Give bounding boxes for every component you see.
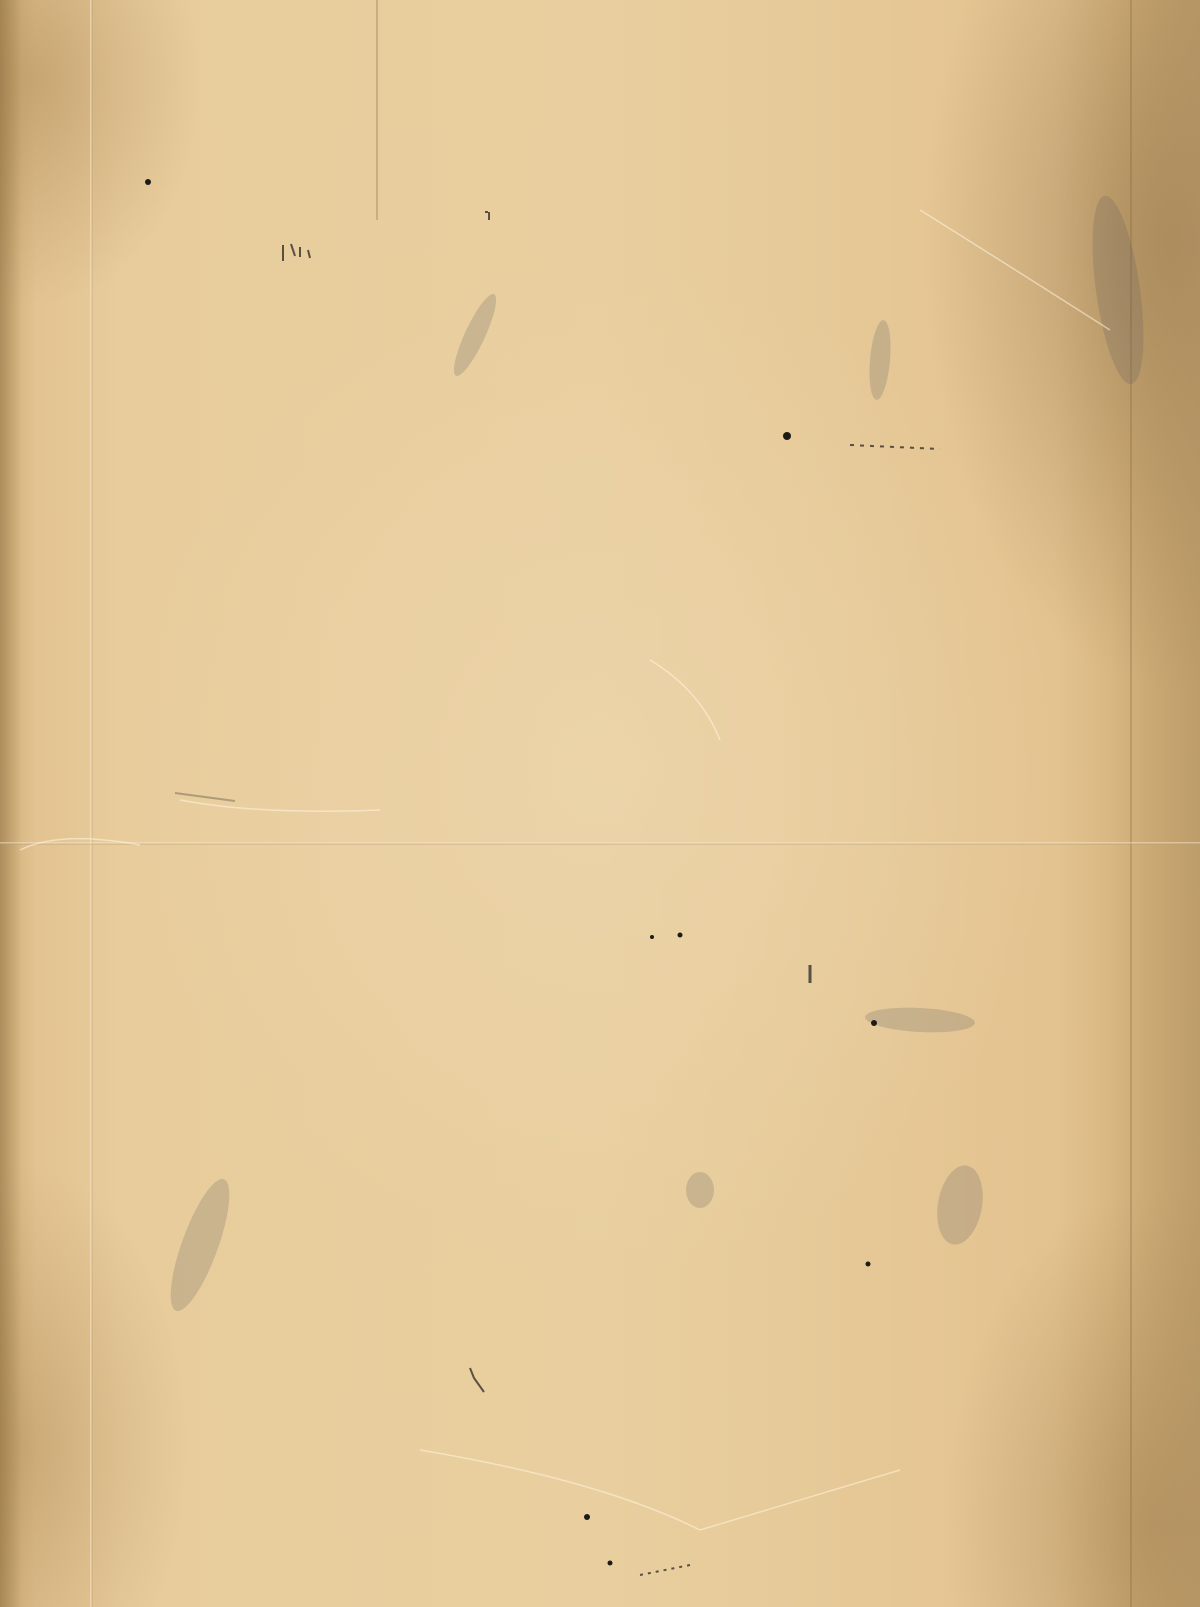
ink-dot — [608, 1561, 613, 1566]
smudge — [867, 319, 894, 400]
ink-dot — [866, 1262, 871, 1267]
ink-dot — [584, 1514, 590, 1520]
smudge — [1083, 193, 1153, 387]
ink-scribbles — [175, 212, 940, 1575]
stains-and-ink-marks — [0, 0, 1200, 1607]
ink-dot — [783, 432, 791, 440]
smudge — [931, 1162, 988, 1248]
ink-dot — [871, 1020, 877, 1026]
smudge — [686, 1172, 714, 1208]
cracks — [20, 210, 1110, 1530]
ink-dot — [678, 933, 683, 938]
aged-paper-sheet — [0, 0, 1200, 1607]
ink-dots — [145, 179, 877, 1566]
pencil-smudges — [159, 193, 1153, 1317]
ink-dot — [145, 179, 151, 185]
smudge — [159, 1173, 241, 1317]
ink-dot — [650, 935, 654, 939]
smudge — [864, 1005, 975, 1035]
smudge — [447, 290, 503, 380]
